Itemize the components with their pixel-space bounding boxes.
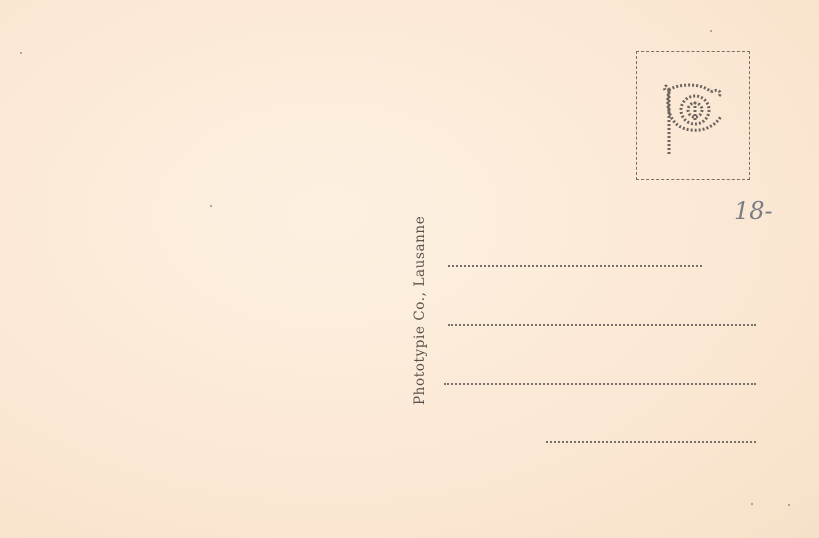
address-line-1 xyxy=(448,265,702,267)
address-line-3 xyxy=(444,383,756,385)
pc-monogram-icon xyxy=(661,80,727,156)
handwritten-price: 18- xyxy=(734,197,773,225)
postcard-back: Phototypie Co., Lausanne 18- xyxy=(0,0,819,538)
paper-speck xyxy=(210,205,212,207)
paper-speck xyxy=(710,30,712,32)
address-line-2 xyxy=(448,324,756,326)
paper-speck xyxy=(751,503,753,505)
stamp-box xyxy=(636,51,750,180)
paper-speck xyxy=(20,52,22,54)
address-line-4 xyxy=(546,441,756,443)
paper-speck xyxy=(788,504,790,506)
publisher-imprint: Phototypie Co., Lausanne xyxy=(412,195,428,405)
